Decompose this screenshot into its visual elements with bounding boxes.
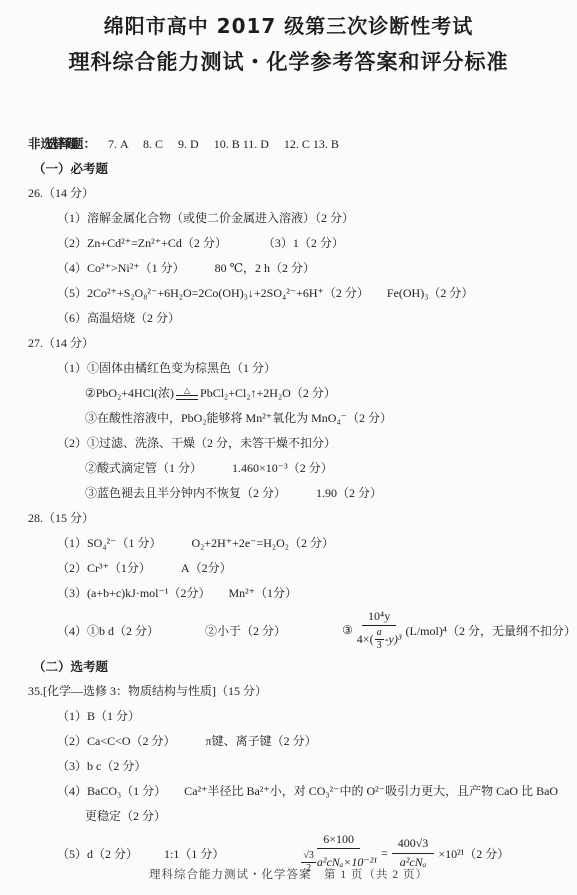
q26-answer-4: （4）Co²⁺>Ni²⁺（1 分） 80 ℃，2 h（2 分） [0, 256, 577, 281]
q35-answer-3: （3）b c（2 分） [0, 754, 577, 779]
part1-section-header: （一）必考题 [0, 156, 577, 181]
exam-subtitle: 理科综合能力测试・化学参考答案和评分标准 [0, 46, 577, 76]
denominator-prefix: 4×( [357, 632, 374, 648]
q27-header: 27.（14 分） [0, 331, 577, 356]
q26-answer-5: （5）2Co²⁺+S₂O₈²⁻+6H₂O=2Co(OH)₃↓+2SO₄²⁻+6H… [0, 281, 577, 306]
delta-heat-icon: △ [184, 387, 190, 395]
q26-answer-6: （6）高温焙烧（2 分） [0, 306, 577, 331]
q27-answer-1-3: ③在酸性溶液中，PbO₂能够将 Mn²⁺氧化为 MnO₄⁻（2 分） [0, 406, 577, 431]
exam-title: 绵阳市高中 2017 级第三次诊断性考试 [0, 0, 577, 39]
nested-numerator: √3 [301, 850, 316, 863]
q27-heated-equation-line: ②PbO₂+4HCl(浓)△PbCl₂+Cl₂↑+2H₂O（2 分） [0, 381, 577, 406]
equation-right-side: PbCl₂+Cl₂↑+2H₂O（2 分） [200, 381, 336, 406]
q26-answer-1: （1）溶解金属化合物（或使二价金属进入溶液）（2 分） [0, 206, 577, 231]
q35-answer-1: （1）B（1 分） [0, 704, 577, 729]
equation-left-side: ②PbO₂+4HCl(浓) [85, 381, 174, 406]
density-calc-right-fraction: 400√3 a²cNₐ [392, 836, 435, 870]
right-fraction-numerator: 400√3 [392, 836, 435, 854]
nested-numerator: a [375, 627, 384, 640]
choice-answers-line: 选择题：7. A 8. C 9. D 10. B 11. D 12. C 13.… [0, 106, 577, 131]
q35-header: 35.[化学—选修 3：物质结构与性质]（15 分） [0, 679, 577, 704]
q28-answer-1: （1）SO₄²⁻（1 分） O₂+2H⁺+2e⁻=H₂O₂（2 分） [0, 531, 577, 556]
q35-answer-2: （2）Ca<C<O（2 分） π键、离子键（2 分） [0, 729, 577, 754]
left-fraction-numerator: 6×100 [317, 832, 360, 850]
part2-section-header: （二）选考题 [0, 654, 577, 679]
q26-header: 26.（14 分） [0, 181, 577, 206]
nested-denominator: 3 [377, 640, 382, 652]
equals-sign: = [381, 846, 388, 861]
q35-item5-part1: （5）d（2 分） [57, 845, 138, 862]
q35-answer-4: （4）BaCO₃（1 分） Ca²⁺半径比 Ba²⁺小，对 CO₃²⁻中的 O²… [0, 779, 577, 804]
page-footer: 理科综合能力测试・化学答案 第 1 页（共 2 页） [0, 866, 577, 882]
exam-answer-sheet-page: 绵阳市高中 2017 级第三次诊断性考试 理科综合能力测试・化学参考答案和评分标… [0, 0, 577, 895]
q27-answer-2-3: ③蓝色褪去且半分钟内不恢复（2 分） 1.90（2 分） [0, 481, 577, 506]
q28-header: 28.（15 分） [0, 506, 577, 531]
q28-item4-part1: （4）①b d（2 分） [57, 622, 159, 639]
q28-answer-3: （3）(a+b+c)kJ·mol⁻¹（2分） Mn²⁺（1分） [0, 581, 577, 606]
q28-item4-circled3: ③ [342, 623, 353, 638]
q35-answer-4-continued: 更稳定（2 分） [0, 804, 577, 829]
q35-item5-ratio: 1:1（1 分） [164, 845, 224, 862]
q28-answer-4-formula-line: （4）①b d（2 分） ②小于（2 分） ③ 10⁴y 4×(a3-y)³ (… [0, 606, 577, 654]
q27-answer-2-1: （2）①过滤、洗涤、干燥（2 分，未答干燥不扣分） [0, 431, 577, 456]
nested-fraction-a-over-3: a3 [375, 627, 384, 651]
fraction-denominator: 4×(a3-y)³ [357, 626, 402, 651]
q28-answer-2: （2）Cr³⁺（1分） A（2分） [0, 556, 577, 581]
q28-item4-part2: ②小于（2 分） [205, 622, 286, 639]
answers-body: 选择题：7. A 8. C 9. D 10. B 11. D 12. C 13.… [0, 106, 577, 877]
equilibrium-constant-fraction: 10⁴y 4×(a3-y)³ [357, 609, 402, 652]
q27-answer-2-2: ②酸式滴定管（1 分） 1.460×10⁻³（2 分） [0, 456, 577, 481]
q28-item4-units-note: (L/mol)⁴（2 分，无量纲不扣分） [405, 622, 576, 639]
q27-answer-1-1: （1）①固体由橘红色变为棕黑色（1 分） [0, 356, 577, 381]
q26-answer-2-3: （2）Zn+Cd²⁺=Zn²⁺+Cd（2 分） （3）1（2 分） [0, 231, 577, 256]
double-equals-line [176, 395, 198, 400]
denominator-suffix: -y)³ [385, 632, 402, 648]
q35-item5-result-suffix: ×10²¹（2 分） [438, 845, 509, 862]
heated-equals-sign: △ [176, 387, 198, 400]
choice-answer-values: 7. A 8. C 9. D 10. B 11. D 12. C 13. B [108, 137, 339, 151]
fraction-numerator: 10⁴y [362, 609, 396, 627]
